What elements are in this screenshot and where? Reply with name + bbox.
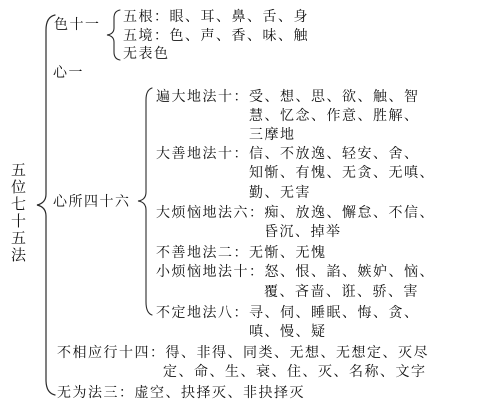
- caitasika-item-line: 覆、吝啬、诳、骄、害: [264, 284, 419, 301]
- caitasika-item-line: 昏沉、掉举: [264, 224, 342, 241]
- caitasika-item-line: 大烦恼地法六：痴、放逸、懈怠、不信、: [156, 205, 435, 222]
- rupa-line: 五根：眼、耳、鼻、舌、身: [123, 9, 309, 26]
- caitasika-item-line: 不善地法二：无惭、无愧: [156, 245, 327, 262]
- rupa-curly-brace: [106, 9, 122, 61]
- root-title: 五位七十五法: [8, 162, 29, 264]
- caitasika-curly-brace: [137, 87, 155, 316]
- citta-group-label: 心一: [53, 65, 84, 82]
- caitasika-item-line: 知惭、有愧、无贪、无嗔、: [249, 165, 435, 182]
- caitasika-item-line: 不定地法八：寻、伺、睡眠、悔、贪、: [156, 305, 420, 322]
- rupa-line: 五境：色、声、香、味、触: [123, 28, 309, 45]
- caitasika-item-line: 嗔、慢、疑: [249, 324, 327, 341]
- caitasika-item-line: 小烦恼地法十：怒、恨、諂、嫉妒、恼、: [156, 264, 435, 281]
- dharma-tree-diagram: 五位七十五法 色十一 五根：眼、耳、鼻、舌、身 五境：色、声、香、味、触 无表色…: [0, 0, 484, 417]
- caitasika-item-line: 遍大地法十：受、想、思、欲、触、智: [156, 89, 420, 106]
- viprayukta-line: 不相应行十四：得、非得、同类、无想、无想定、灭尽: [57, 345, 429, 362]
- viprayukta-line: 定、命、生、衰、住、灭、名称、文字: [163, 364, 427, 381]
- asamskrta-line: 无为法三：虚空、抉择灭、非抉择灭: [57, 385, 305, 402]
- caitasika-item-line: 三摩地: [249, 127, 296, 144]
- rupa-line: 无表色: [123, 46, 170, 63]
- caitasika-item-line: 勤、无害: [249, 185, 311, 202]
- caitasika-group-label: 心所四十六: [53, 194, 131, 211]
- rupa-group-label: 色十一: [54, 17, 101, 34]
- caitasika-item-line: 慧、忆念、作意、胜解、: [249, 108, 420, 125]
- caitasika-item-line: 大善地法十：信、不放逸、轻安、舍、: [156, 146, 420, 163]
